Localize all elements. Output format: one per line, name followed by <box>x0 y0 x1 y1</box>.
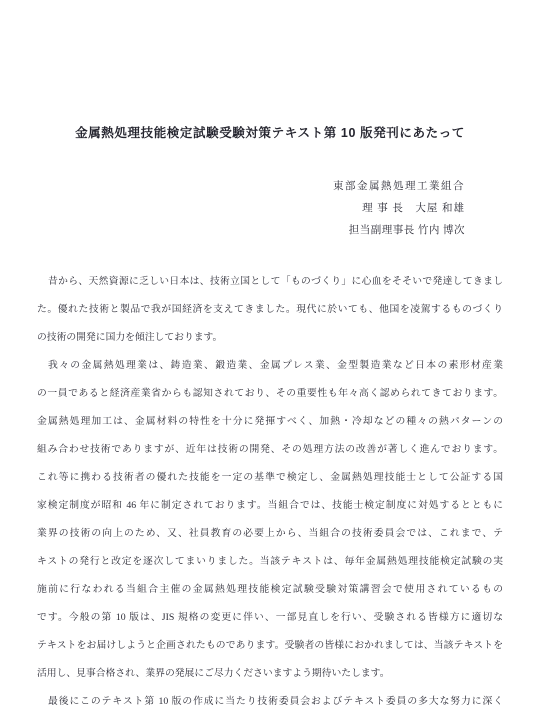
body-line: キストの発行と改定を逐次してまいりました。当該テキストは、毎年金属熱処理技能検定… <box>37 548 503 576</box>
document-page: 金属熱処理技能検定試験受験対策テキスト第 10 版発刊にあたって 東部金属熱処理… <box>0 0 540 716</box>
body-line: 組み合わせ技術でありますが、近年は技術の開発、その処理方法の改善が著しく進んでお… <box>37 436 503 464</box>
body-line: 昔から、天然資源に乏しい日本は、技術立国として「ものづくり」に心血をそそいで発達… <box>37 268 503 296</box>
byline-chairman: 理 事 長 大屋 和雄 <box>333 198 465 220</box>
body-line: 家検定制度が昭和 46 年に制定されております。当組合では、技能士検定制度に対処… <box>37 492 503 520</box>
body-line: 我々の金属熱処理業は、鋳造業、鍛造業、金属プレス業、金型製造業など日本の素形材産… <box>37 352 503 380</box>
byline-organization: 東部金属熱処理工業組合 <box>333 176 465 198</box>
body-line: の一員であると経済産業省からも認知されており、その重要性も年々高く認められてきて… <box>37 380 503 408</box>
byline-deputy-chairman: 担当副理事長 竹内 博次 <box>333 220 465 242</box>
body-line: テキストをお届けしようと企画されたものであります。受験者の皆様におかれましては、… <box>37 632 503 660</box>
body-line: の技術の開発に国力を傾注しております。 <box>37 324 503 352</box>
paragraph-closing: 最後にこのテキスト第 10 版の作成に当たり技術委員会およびテキスト委員の多大な… <box>37 688 503 716</box>
body-line: 施前に行なわれる当組合主催の金属熱処理技能検定試験受験対策講習会で使用されている… <box>37 576 503 604</box>
body-line: 活用し、見事合格され、業界の発展にご尽力くださいますよう期待いたします。 <box>37 660 503 688</box>
document-title: 金属熱処理技能検定試験受験対策テキスト第 10 版発刊にあたって <box>0 123 540 141</box>
body-line: 金属熱処理加工は、金属材料の特性を十分に発揮すべく、加熱・冷却などの種々の熱パタ… <box>37 408 503 436</box>
byline-block: 東部金属熱処理工業組合 理 事 長 大屋 和雄 担当副理事長 竹内 博次 <box>333 176 465 242</box>
paragraph-main: 我々の金属熱処理業は、鋳造業、鍛造業、金属プレス業、金型製造業など日本の素形材産… <box>37 352 503 688</box>
body-line: 業界の技術の向上のため、又、社員教育の必要上から、当組合の技術委員会では、これま… <box>37 520 503 548</box>
body-line: これ等に携わる技術者の優れた技能を一定の基準で検定し、金属熱処理技能士として公証… <box>37 464 503 492</box>
document-body: 昔から、天然資源に乏しい日本は、技術立国として「ものづくり」に心血をそそいで発達… <box>37 268 503 716</box>
body-line: です。今般の第 10 版は、JIS 規格の変更に伴い、一部見直しを行い、受験され… <box>37 604 503 632</box>
paragraph-intro: 昔から、天然資源に乏しい日本は、技術立国として「ものづくり」に心血をそそいで発達… <box>37 268 503 352</box>
body-line: 最後にこのテキスト第 10 版の作成に当たり技術委員会およびテキスト委員の多大な… <box>37 688 503 716</box>
body-line: た。優れた技術と製品で我が国経済を支えてきました。現代に於いても、他国を凌駕する… <box>37 296 503 324</box>
